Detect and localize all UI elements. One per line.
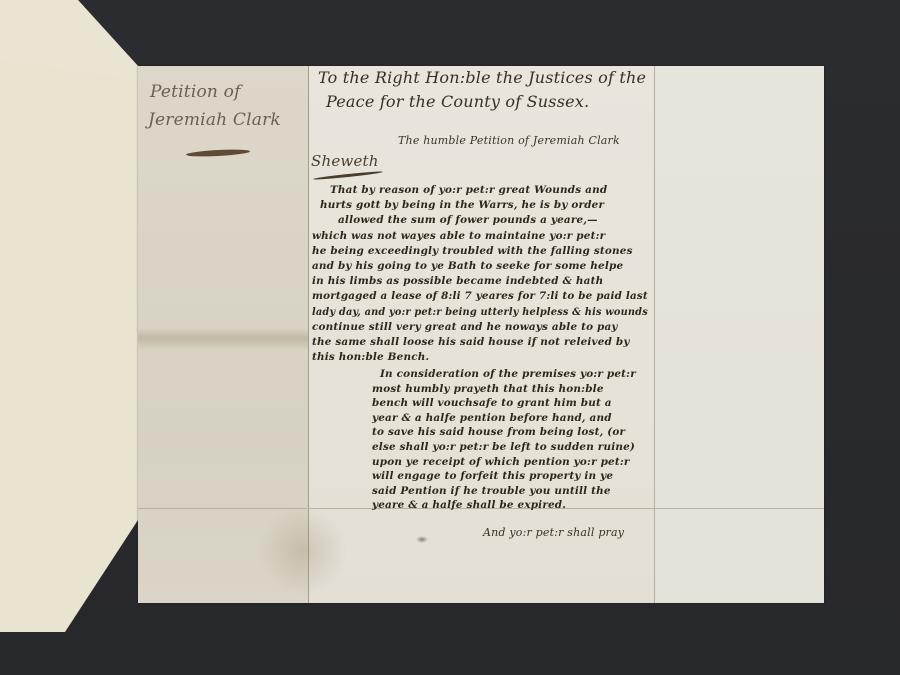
address-line-1: To the Right Hon:ble the Justices of the xyxy=(318,68,646,87)
prayer-line: year & a halfe pention before hand, and xyxy=(372,412,612,424)
stain-bottom xyxy=(258,506,348,596)
petition-heading: The humble Petition of Jeremiah Clark xyxy=(398,134,620,147)
address-line-2: Peace for the County of Sussex. xyxy=(326,92,589,111)
manuscript-sheet: Petition of Jeremiah Clark To the Right … xyxy=(138,66,824,603)
prayer-line: else shall yo:r pet:r be left to sudden … xyxy=(372,441,635,453)
prayer-line: will engage to forfeit this property in … xyxy=(372,470,613,482)
endorsement-line-2: Jeremiah Clark xyxy=(148,110,281,130)
body-line: continue still very great and he noways … xyxy=(312,321,618,333)
ink-smudge xyxy=(416,536,428,543)
endorsement-line-1: Petition of xyxy=(150,82,241,102)
water-stain xyxy=(138,328,308,350)
prayer-line: yeare & a halfe shall be expired. xyxy=(372,499,566,511)
closing-line: And yo:r pet:r shall pray xyxy=(483,526,624,539)
blank-right-panel xyxy=(655,66,824,603)
folder-shape xyxy=(0,0,145,675)
body-line: lady day, and yo:r pet:r being utterly h… xyxy=(312,306,648,318)
sheweth-heading: Sheweth xyxy=(311,152,379,170)
body-line: hurts gott by being in the Warrs, he is … xyxy=(320,199,604,211)
body-line: in his limbs as possible became indebted… xyxy=(312,275,603,287)
prayer-line: In consideration of the premises yo:r pe… xyxy=(380,368,636,380)
prayer-line: upon ye receipt of which pention yo:r pe… xyxy=(372,456,630,468)
prayer-line: to save his said house from being lost, … xyxy=(372,426,625,438)
body-line: mortgaged a lease of 8:li 7 yeares for 7… xyxy=(312,290,648,302)
body-line: he being exceedingly troubled with the f… xyxy=(312,245,633,257)
body-line: That by reason of yo:r pet:r great Wound… xyxy=(330,184,607,196)
body-line: which was not wayes able to maintaine yo… xyxy=(312,230,605,242)
prayer-line: said Pention if he trouble you untill th… xyxy=(372,485,611,497)
prayer-line: most humbly prayeth that this hon:ble xyxy=(372,383,604,395)
body-line: the same shall loose his said house if n… xyxy=(312,336,630,348)
body-line: this hon:ble Bench. xyxy=(312,351,429,363)
cream-folder-flap xyxy=(0,0,145,675)
body-line: and by his going to ye Bath to seeke for… xyxy=(312,260,623,272)
prayer-line: bench will vouchsafe to grant him but a xyxy=(372,397,612,409)
body-line: allowed the sum of fower pounds a yeare,… xyxy=(338,214,598,226)
